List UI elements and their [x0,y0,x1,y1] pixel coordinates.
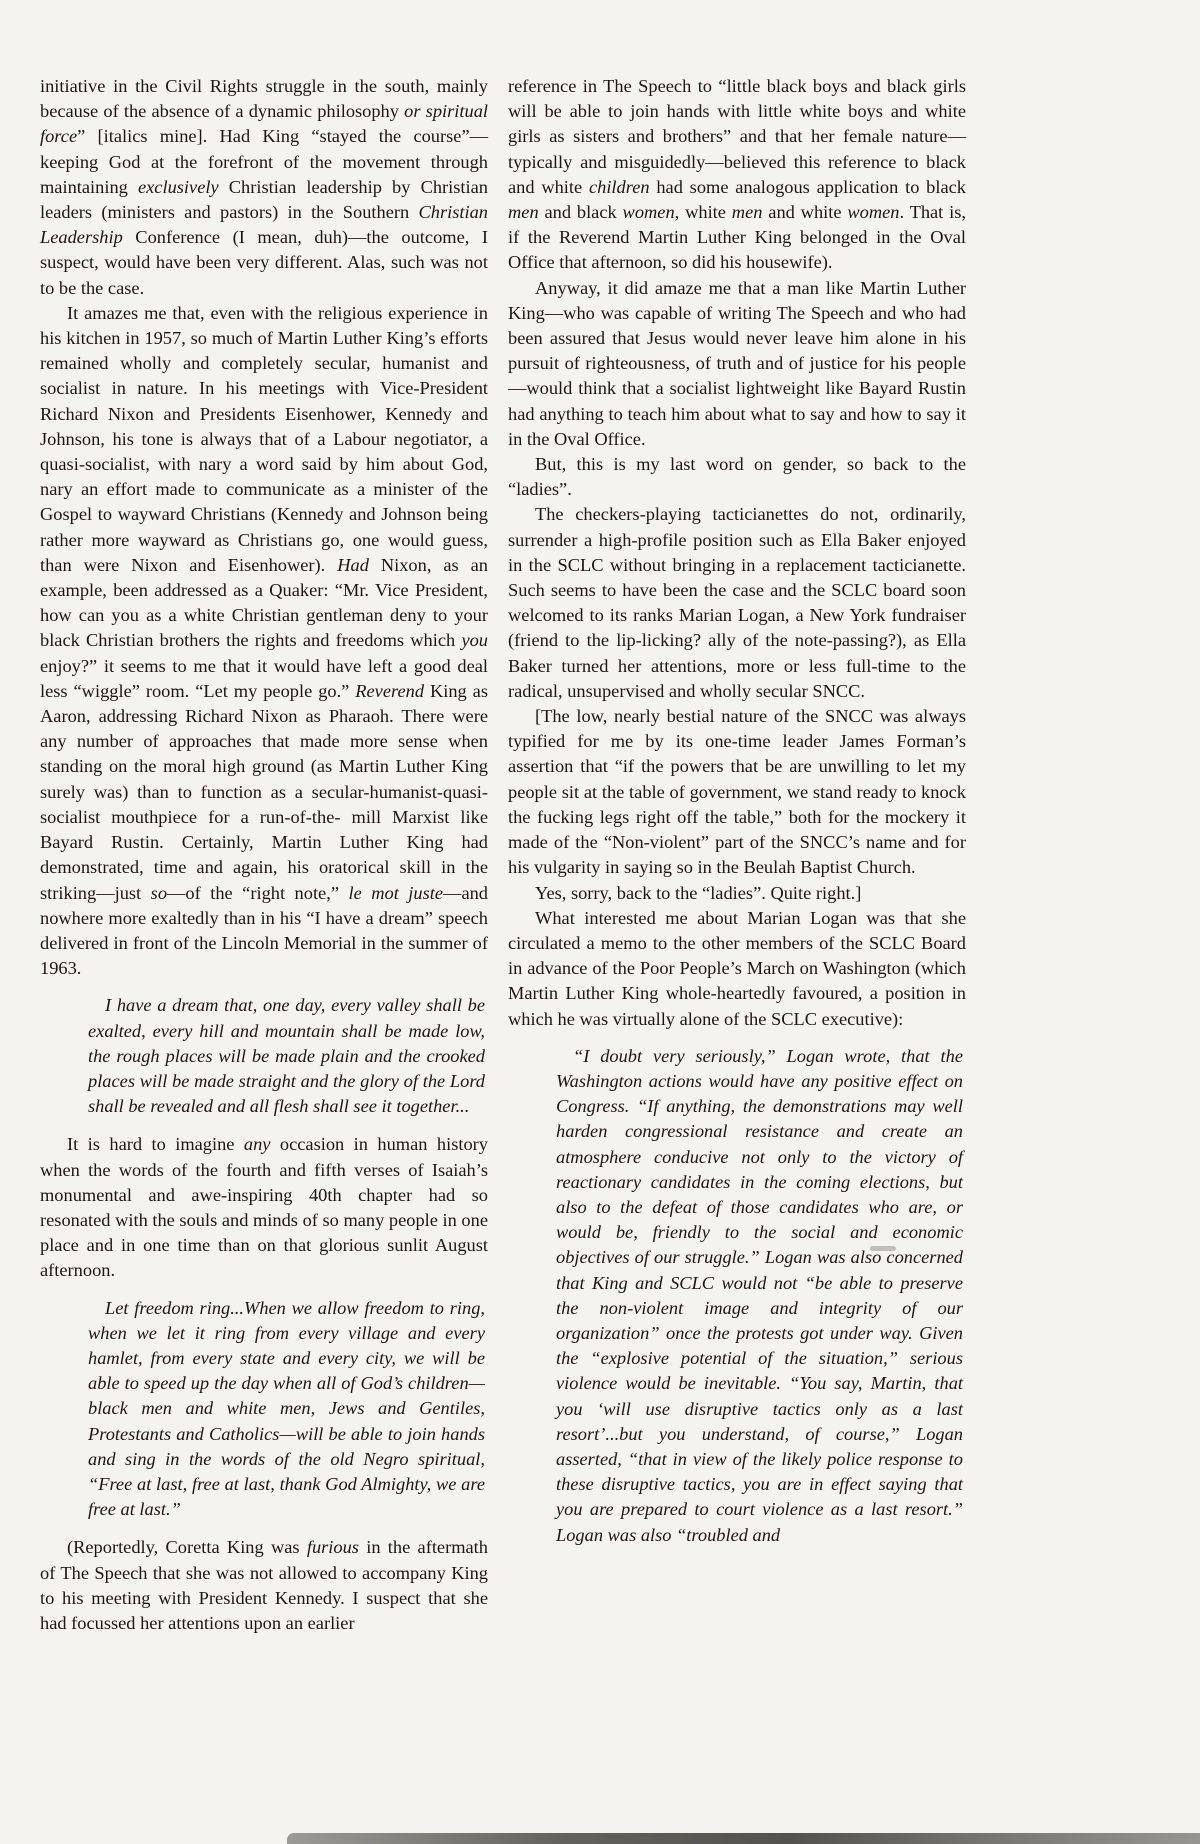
blockquote: “I doubt very seriously,” Logan wrote, t… [556,1044,963,1548]
scanned-book-page: initiative in the Civil Rights struggle … [0,0,1200,1844]
right-column: reference in The Speech to “little black… [508,74,966,1636]
scan-edge-artifact [287,1833,1200,1844]
paragraph: What interested me about Marian Logan wa… [508,906,966,1032]
left-column: initiative in the Civil Rights struggle … [40,74,488,1636]
paragraph: (Reportedly, Coretta King was furious in… [40,1535,488,1636]
two-column-text: initiative in the Civil Rights struggle … [40,74,966,1636]
paragraph: Anyway, it did amaze me that a man like … [508,276,966,452]
paragraph: It amazes me that, even with the religio… [40,301,488,981]
paragraph: But, this is my last word on gender, so … [508,452,966,502]
paragraph: reference in The Speech to “little black… [508,74,966,276]
paragraph: [The low, nearly bestial nature of the S… [508,704,966,880]
paragraph: initiative in the Civil Rights struggle … [40,74,488,301]
scan-speck [870,1246,896,1251]
paragraph: It is hard to imagine any occasion in hu… [40,1132,488,1283]
blockquote: Let freedom ring...When we allow freedom… [88,1296,485,1523]
paragraph: Yes, sorry, back to the “ladies”. Quite … [508,881,966,906]
paragraph: The checkers-playing tacticianettes do n… [508,502,966,704]
blockquote: I have a dream that, one day, every vall… [88,993,485,1119]
